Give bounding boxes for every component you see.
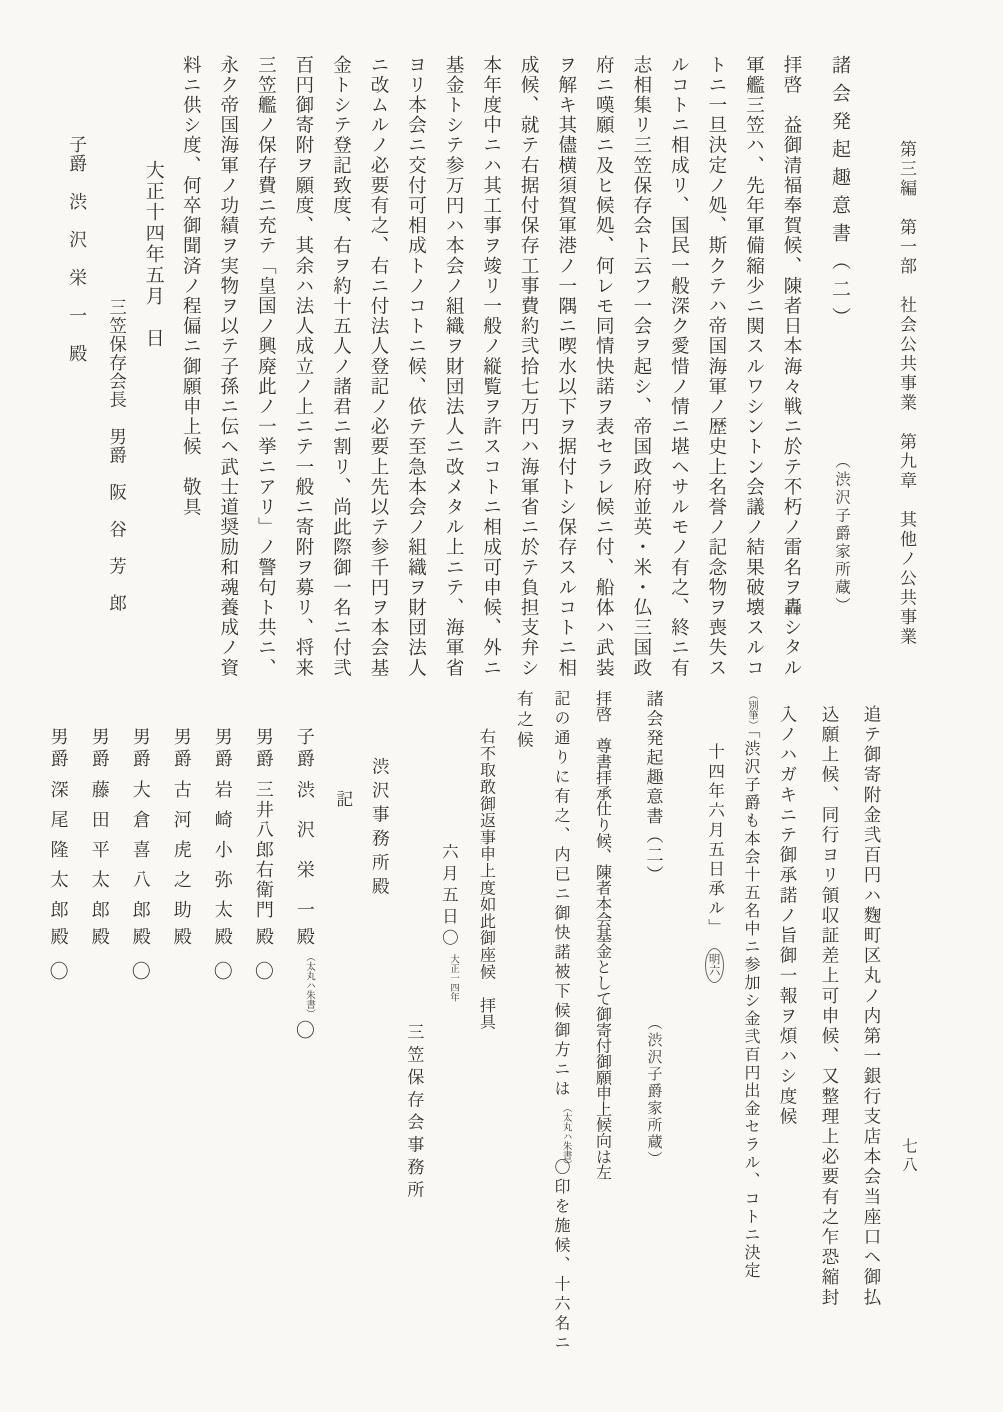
document-2-title-column: 諸会発起趣意書（二） （渋沢子爵家所蔵） [624, 690, 664, 1168]
postscript-line: 追テ御寄附金弐百円ハ麴町区丸ノ内第一銀行支店本会当座口ヘ御払 [850, 690, 892, 1330]
text-column: 府ニ嘆願ニ及ヒ候処、何レモ同情快諾ヲ表セラレ候ニ付、船体ハ武装 [585, 55, 623, 647]
person-name: 藤田平太郎 [88, 780, 110, 918]
list-heading: 記 [324, 690, 361, 1330]
date-text: 六月五日〇 [439, 843, 458, 951]
text-column: 軍艦三笠ハ、先年軍備縮少ニ関スルワシントン会議ノ結果破壊スルコ [735, 55, 773, 647]
peer-title: 男爵 [212, 727, 233, 771]
running-head: 第三編 第一部 社会公共事業 第九章 其他ノ公共事業 [894, 140, 919, 647]
person-name: 岩崎小弥太 [211, 780, 233, 918]
consent-circle-mark: 〇 [47, 961, 69, 980]
text-column: 志相集リ三笠保存会ト云フ一会ヲ起シ、帝国政府並英・米・仏三国政 [622, 55, 660, 647]
text-column: 本年度中ニハ其工事ヲ竣リ一般ノ縦覧ヲ許スコトニ相成可申候、外ニ [472, 55, 510, 647]
note-text: 「渋沢子爵も本会十五名中ニ参加シ金弐百円出金セラル、コトニ決定 [742, 730, 761, 1280]
inline-annotation: 大正一四年 [447, 954, 459, 988]
honorific: 殿 [212, 927, 233, 949]
list-item: 男爵三井八郎右衛門殿〇 [242, 690, 283, 1330]
peer-title: 子爵 [294, 727, 315, 771]
list-item: 男爵岩崎小弥太殿〇 [201, 690, 242, 1330]
text-column: 成候、就テ右据付保存工事費約弐拾七万円ハ海軍省ニ於テ負担支弁シ [510, 55, 548, 647]
postscript-line: 込願上候、同行ヨリ領収証差上可申候、又整理上必要有之乍恐縮封 [808, 690, 850, 1330]
document-1-title: 諸会発起趣意書（二） [810, 55, 852, 335]
text-column: トニ一旦決定ノ処、斯クテハ帝国海軍ノ歴史上名誉ノ記念物ヲ喪失ス [697, 55, 735, 647]
list-item: 男爵古河虎之助殿 [160, 690, 201, 1330]
text-column: 永ク帝国海軍ノ功績ヲ実物ヲ以テ子孫ニ伝ヘ武士道奨励和魂養成ノ資 [209, 55, 247, 647]
honorific: 殿 [294, 927, 315, 949]
text-segment: 記の通りに有之、内已ニ御快諾被下候御方ニは [552, 690, 571, 1100]
text-column: 基金トシテ参万円ハ本会ノ組織ヲ財団法人ニ改メタル上ニテ、海軍省 [435, 55, 473, 647]
peer-title: 男爵 [89, 727, 110, 771]
person-name: 三井八郎右衛門 [252, 780, 274, 918]
document-2-title: 諸会発起趣意書（二） [624, 690, 664, 885]
honorific: 殿 [253, 927, 274, 949]
document-1: 諸会発起趣意書（二） （渋沢子爵家所蔵） 拝啓 益御清福奉賀候、陳者日本海々戦ニ… [56, 55, 852, 647]
document-2-attribution: （渋沢子爵家所蔵） [624, 1015, 664, 1168]
peer-title: 男爵 [48, 727, 69, 771]
document-1-addressee: 子爵 渋 沢 栄 一 殿 [56, 55, 97, 647]
marginal-note-date-column: 十四年六月五日承ル」明六 [694, 690, 736, 1330]
peer-title: 男爵 [171, 727, 192, 771]
person-name: 渋沢栄一 [293, 780, 315, 918]
person-name: 古河虎之助 [170, 780, 192, 918]
list-item: 男爵藤田平太郎殿 [78, 690, 119, 1330]
document-2-addressee: 渋沢事務所殿 [360, 690, 396, 1330]
postscript-line: 入ノハガキニテ御承諾ノ旨御一報ヲ煩ハシ度候 [766, 690, 808, 1330]
page-number: 七八 [898, 1138, 920, 1175]
person-name: 深尾隆太郎 [47, 780, 69, 918]
peer-title: 男爵 [253, 727, 274, 771]
list-item: 男爵深尾隆太郎殿〇 [37, 690, 78, 1330]
honorific: 殿 [130, 927, 151, 949]
text-column: 料ニ供シ度、何卒御聞済ノ程偏ニ御願申上候 敬具 [172, 55, 210, 647]
text-column: 拝啓 尊書拝承仕り候、陳者本会基金として御寄付御願申上候向は左 [582, 690, 624, 1330]
text-column: ニ改ムルノ必要有之、右ニ付法人登記ノ必要上先以テ参千円ヲ本会基 [359, 55, 397, 647]
note-date: 十四年六月五日承ル」 [706, 743, 725, 938]
list-item: 子爵渋沢栄一殿（太丸ハ朱書）〇 [283, 690, 324, 1330]
text-column: 百円御寄附ヲ願度、其余ハ法人成立ノ上ニテ一般ニ寄附ヲ募リ、将来 [284, 55, 322, 647]
column-gap [664, 690, 694, 1330]
document-1-title-column: 諸会発起趣意書（二） （渋沢子爵家所蔵） [810, 55, 852, 615]
document-1-sender: 三笠保存会長 男爵 阪 谷 芳 郎 [97, 55, 136, 647]
text-column: 記の通りに有之、内已ニ御快諾被下候御方ニは（太丸ハ朱書）〇印を施候、十六名ニ [540, 690, 582, 1330]
text-column: ルコトニ相成リ、国民一般深ク愛惜ノ情ニ堪ヘサルモノ有之、終ニ有 [660, 55, 698, 647]
honorific: 殿 [48, 927, 69, 949]
marginal-note-column: （別筆）「渋沢子爵も本会十五名中ニ参加シ金弐百円出金セラル、コトニ決定 [736, 690, 766, 1330]
list-item: 男爵大倉喜八郎殿〇 [119, 690, 160, 1330]
book-page: 第三編 第一部 社会公共事業 第九章 其他ノ公共事業 七八 諸会発起趣意書（二）… [0, 0, 1003, 1412]
honorific: 殿 [89, 927, 110, 949]
document-2-closing: 右不取敢御返事申上度如此御座候 拝具 [467, 690, 506, 1330]
honorific: 殿 [171, 927, 192, 949]
consent-circle-mark: 〇 [293, 1020, 315, 1039]
text-column: 拝啓 益御清福奉賀候、陳者日本海々戦ニ於テ不朽ノ雷名ヲ轟シタル [772, 55, 810, 647]
note-label: （別筆） [746, 690, 757, 730]
reference-stamp: 明六 [705, 948, 724, 983]
inline-annotation: （太丸ハ朱書） [559, 1103, 571, 1157]
consent-circle-mark: 〇 [129, 961, 151, 980]
consent-circle-mark: 〇 [252, 961, 274, 980]
inline-annotation: （太丸ハ朱書） [303, 952, 315, 1006]
peer-title: 男爵 [130, 727, 151, 771]
text-column: ヲ解キ其儘横須賀軍港ノ一隅ニ喫水以下ヲ据付トシ保存スルコトニ相 [547, 55, 585, 647]
text-segment: 〇印を施候、十六名ニ [552, 1159, 571, 1354]
consent-circle-mark: 〇 [211, 961, 233, 980]
document-2-sender: 三笠保存会事務所 [396, 690, 429, 1330]
document-2: 追テ御寄附金弐百円ハ麴町区丸ノ内第一銀行支店本会当座口ヘ御払 込願上候、同行ヨリ… [37, 690, 892, 1330]
document-1-attribution: （渋沢子爵家所蔵） [810, 453, 852, 615]
person-name: 大倉喜八郎 [129, 780, 151, 918]
document-1-date: 大正十四年五月 日 [136, 55, 172, 647]
text-column: 金トシテ登記致度、右ヲ約十五人ノ諸君ニ割リ、尚此際御一名ニ付弐 [322, 55, 360, 647]
text-column: 三笠艦ノ保存費ニ充テ「皇国ノ興廃此ノ一挙ニアリ」ノ警句ト共ニ、 [247, 55, 285, 647]
text-column: 有之候 [507, 690, 541, 1330]
text-column: ヨリ本会ニ交付可相成トノコトニ候、依テ至急本会ノ組織ヲ財団法人 [397, 55, 435, 647]
document-2-date: 六月五日〇大正一四年 [429, 690, 467, 1330]
